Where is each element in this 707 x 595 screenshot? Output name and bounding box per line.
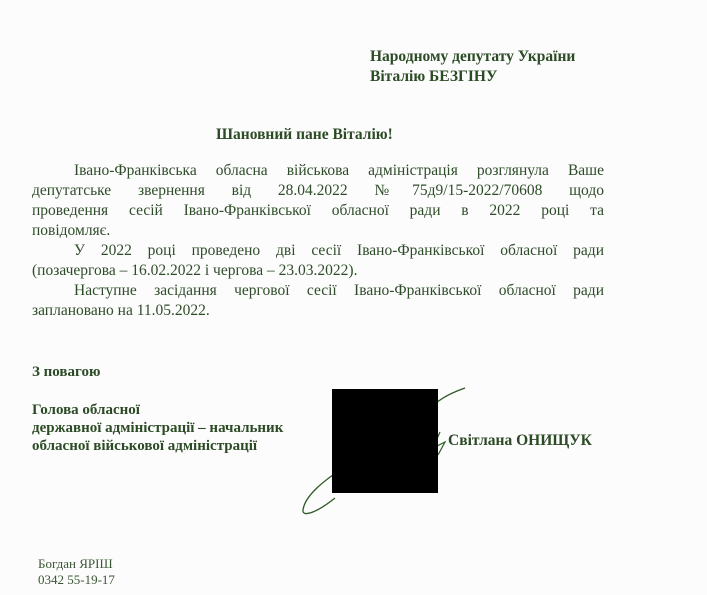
body-p1-line-4: повідомляє.	[32, 222, 604, 240]
addressee-line-1: Народному депутату України	[370, 48, 575, 66]
signatory-title-line-2: державної адміністрації – начальник	[32, 420, 283, 437]
body-p3-line-1: Наступне засідання чергової сесії Івано-…	[32, 282, 604, 300]
body-p1-line-3: проведення сесій Івано-Франківської обла…	[32, 202, 604, 220]
contact-name: Богдан ЯРІШ	[38, 556, 113, 572]
addressee-line-2: Віталію БЕЗГІНУ	[370, 68, 497, 86]
body-p1-line-2: депутатське звернення від 28.04.2022 №75…	[32, 182, 604, 200]
contact-phone: 0342 55-19-17	[38, 572, 115, 588]
body-p2-line-1: У 2022 році проведено дві сесії Івано-Фр…	[32, 242, 604, 260]
signatory-title-line-3: обласної військової адміністрації	[32, 438, 257, 455]
body-p1-line-1: Івано-Франківська обласна військова адмі…	[32, 162, 604, 180]
signatory-title-line-1: Голова обласної	[32, 402, 140, 419]
body-p2-line-2: (позачергова – 16.02.2022 і чергова – 23…	[32, 262, 604, 280]
signatory-name: Світлана ОНИЩУК	[448, 432, 592, 450]
salutation: Шановний пане Віталію!	[216, 126, 393, 144]
body-p3-line-2: заплановано на 11.05.2022.	[32, 302, 604, 320]
redaction-block	[332, 389, 438, 493]
closing: З повагою	[32, 364, 100, 381]
